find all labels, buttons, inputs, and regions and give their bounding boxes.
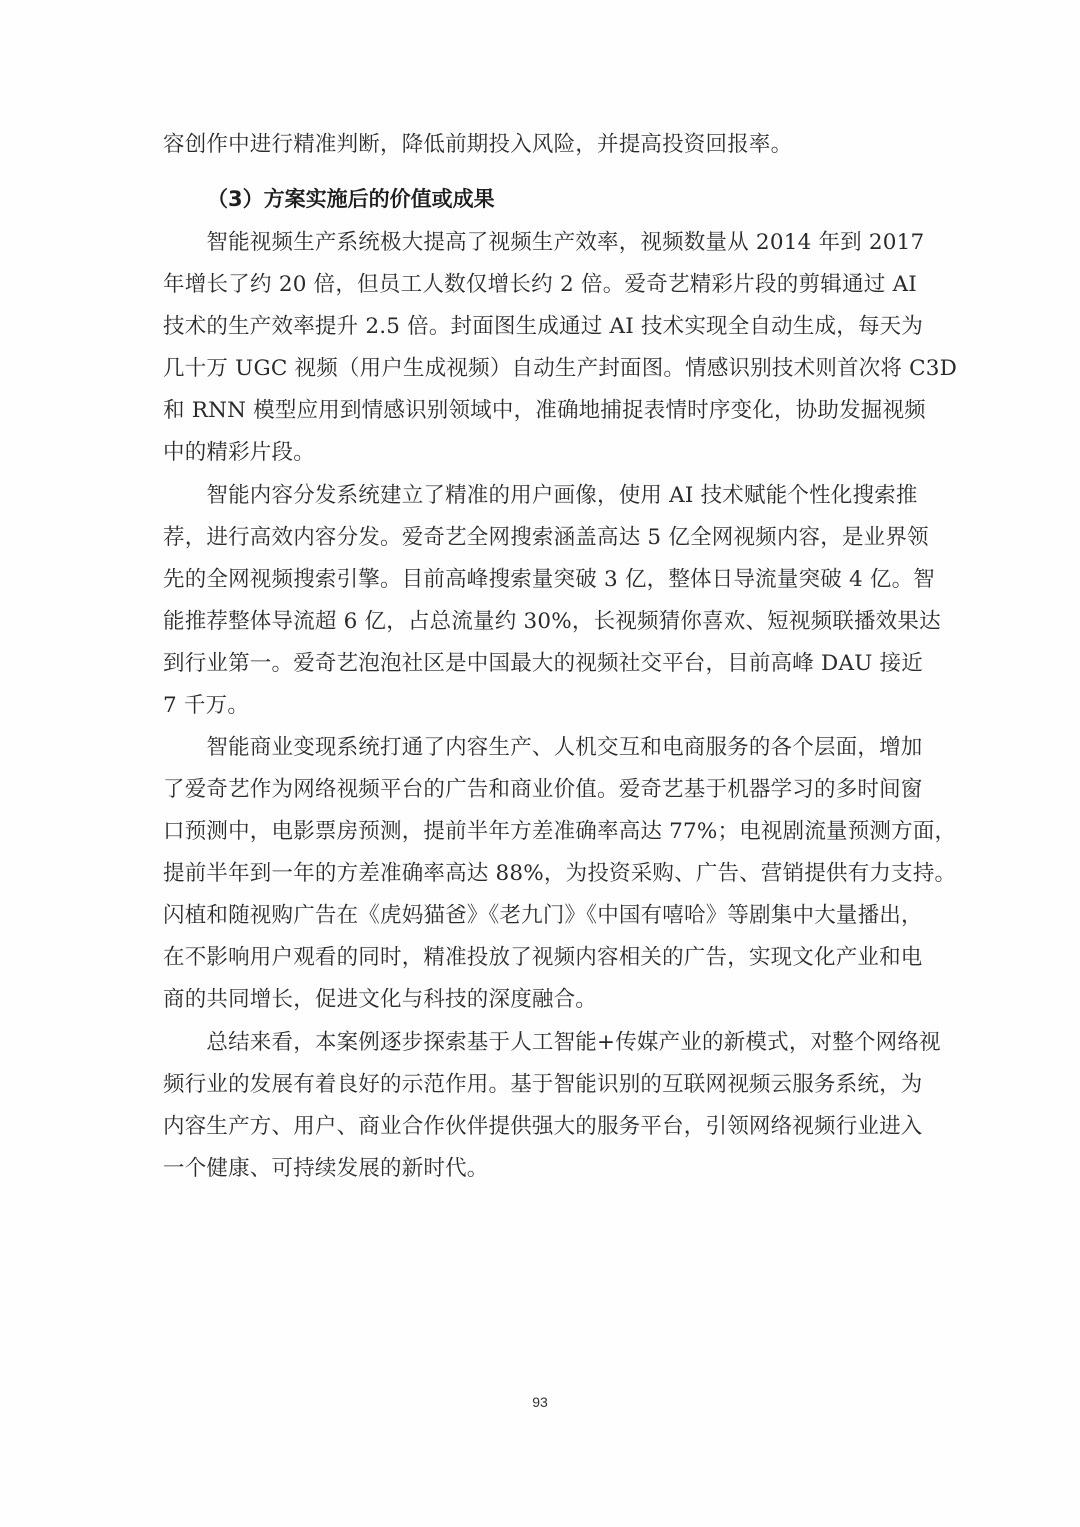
paragraph-line: 提前半年到一年的方差准确率高达 88%，为投资采购、广告、营销提供有力支持。 — [163, 859, 917, 889]
paragraph-line: 中的精彩片段。 — [163, 438, 917, 468]
paragraph-line: 年增长了约 20 倍，但员工人数仅增长约 2 倍。爱奇艺精彩片段的剪辑通过 AI — [163, 270, 917, 300]
paragraph-line: 几十万 UGC 视频（用户生成视频）自动生产封面图。情感识别技术则首次将 C3D — [163, 354, 917, 384]
paragraph-line: 技术的生产效率提升 2.5 倍。封面图生成通过 AI 技术实现全自动生成，每天为 — [163, 312, 917, 342]
paragraph-line: 内容生产方、用户、商业合作伙伴提供强大的服务平台，引领网络视频行业进入 — [163, 1112, 917, 1142]
section-heading: （3）方案实施后的价值或成果 — [207, 184, 495, 214]
paragraph-line: 智能商业变现系统打通了内容生产、人机交互和电商服务的各个层面，增加 — [163, 733, 917, 763]
paragraph-line: 能推荐整体导流超 6 亿，占总流量约 30%，长视频猜你喜欢、短视频联播效果达 — [163, 607, 917, 637]
page-number: 93 — [0, 1394, 1080, 1410]
paragraph-line: 智能内容分发系统建立了精准的用户画像，使用 AI 技术赋能个性化搜索推 — [163, 481, 917, 511]
paragraph-line: 7 千万。 — [163, 691, 917, 721]
paragraph-line: 闪植和随视购广告在《虎妈猫爸》《老九门》《中国有嘻哈》等剧集中大量播出， — [163, 901, 917, 931]
paragraph-line: 一个健康、可持续发展的新时代。 — [163, 1154, 917, 1184]
document-page: 容创作中进行精准判断，降低前期投入风险，并提高投资回报率。 （3）方案实施后的价… — [0, 0, 1080, 1527]
paragraph-line: 商的共同增长，促进文化与科技的深度融合。 — [163, 985, 917, 1015]
paragraph-line: 到行业第一。爱奇艺泡泡社区是中国最大的视频社交平台，目前高峰 DAU 接近 — [163, 649, 917, 679]
paragraph-line: 总结来看，本案例逐步探索基于人工智能+传媒产业的新模式，对整个网络视 — [163, 1028, 917, 1058]
paragraph-line: 和 RNN 模型应用到情感识别领域中，准确地捕捉表情时序变化，协助发掘视频 — [163, 396, 917, 426]
paragraph-line: 智能视频生产系统极大提高了视频生产效率，视频数量从 2014 年到 2017 — [163, 228, 917, 258]
paragraph-line: 口预测中，电影票房预测，提前半年方差准确率高达 77%；电视剧流量预测方面， — [163, 817, 917, 847]
paragraph-line: 了爱奇艺作为网络视频平台的广告和商业价值。爱奇艺基于机器学习的多时间窗 — [163, 775, 917, 805]
paragraph-line: 在不影响用户观看的同时，精准投放了视频内容相关的广告，实现文化产业和电 — [163, 943, 917, 973]
paragraph-line: 频行业的发展有着良好的示范作用。基于智能识别的互联网视频云服务系统，为 — [163, 1070, 917, 1100]
paragraph-line: 荐，进行高效内容分发。爱奇艺全网搜索涵盖高达 5 亿全网视频内容，是业界领 — [163, 523, 917, 553]
paragraph-line: 先的全网视频搜索引擎。目前高峰搜索量突破 3 亿，整体日导流量突破 4 亿。智 — [163, 565, 917, 595]
intro-tail-line: 容创作中进行精准判断，降低前期投入风险，并提高投资回报率。 — [163, 130, 917, 160]
